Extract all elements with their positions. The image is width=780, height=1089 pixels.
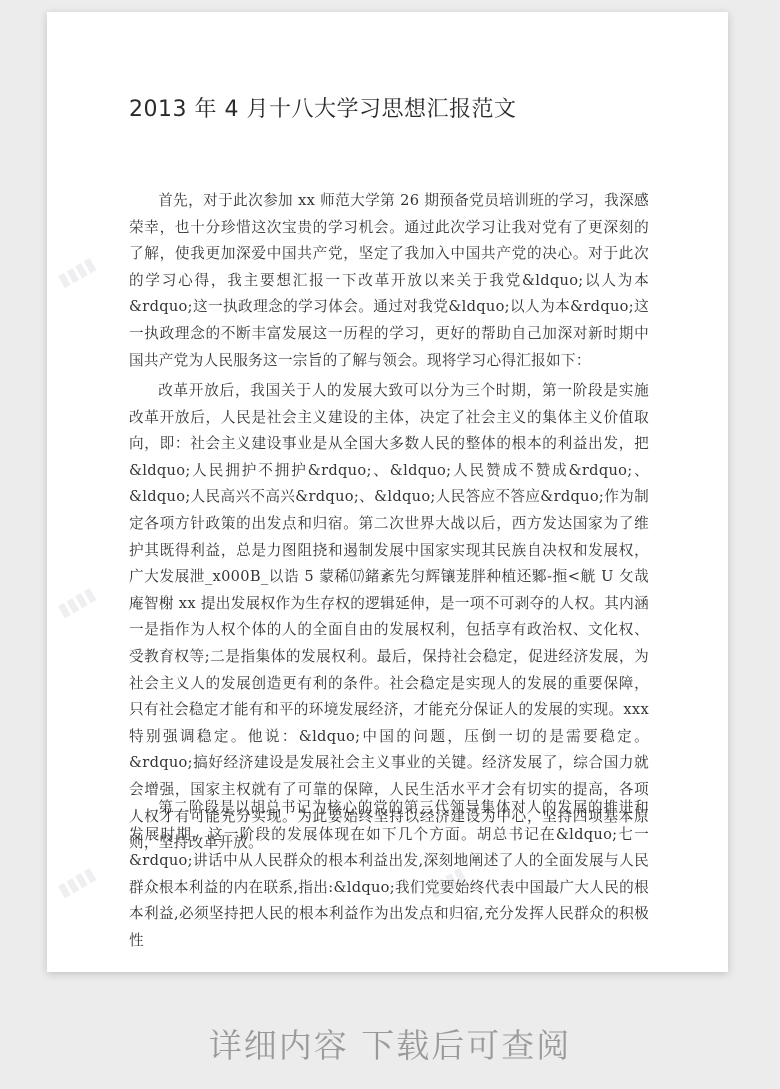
watermark: ▮▮▮▮	[54, 254, 99, 292]
paragraph-3: 第二阶段是以胡总书记为核心的党的第三代领导集体对人的发展的推进和发展时期。这一阶…	[129, 795, 649, 955]
watermark: ▮▮▮▮	[54, 864, 99, 902]
paragraph-2: 改革开放后，我国关于人的发展大致可以分为三个时期，第一阶段是实施改革开放后，人民…	[129, 378, 649, 857]
paragraph-1: 首先，对于此次参加 xx 师范大学第 26 期预备党员培训班的学习，我深感荣幸，…	[129, 188, 649, 374]
document-page: 2013 年 4 月十八大学习思想汇报范文 首先，对于此次参加 xx 师范大学第…	[47, 12, 728, 972]
watermark: ▮▮▮▮	[54, 584, 99, 622]
download-hint: 详细内容 下载后可查阅	[0, 1020, 780, 1067]
document-title: 2013 年 4 月十八大学习思想汇报范文	[129, 92, 516, 123]
